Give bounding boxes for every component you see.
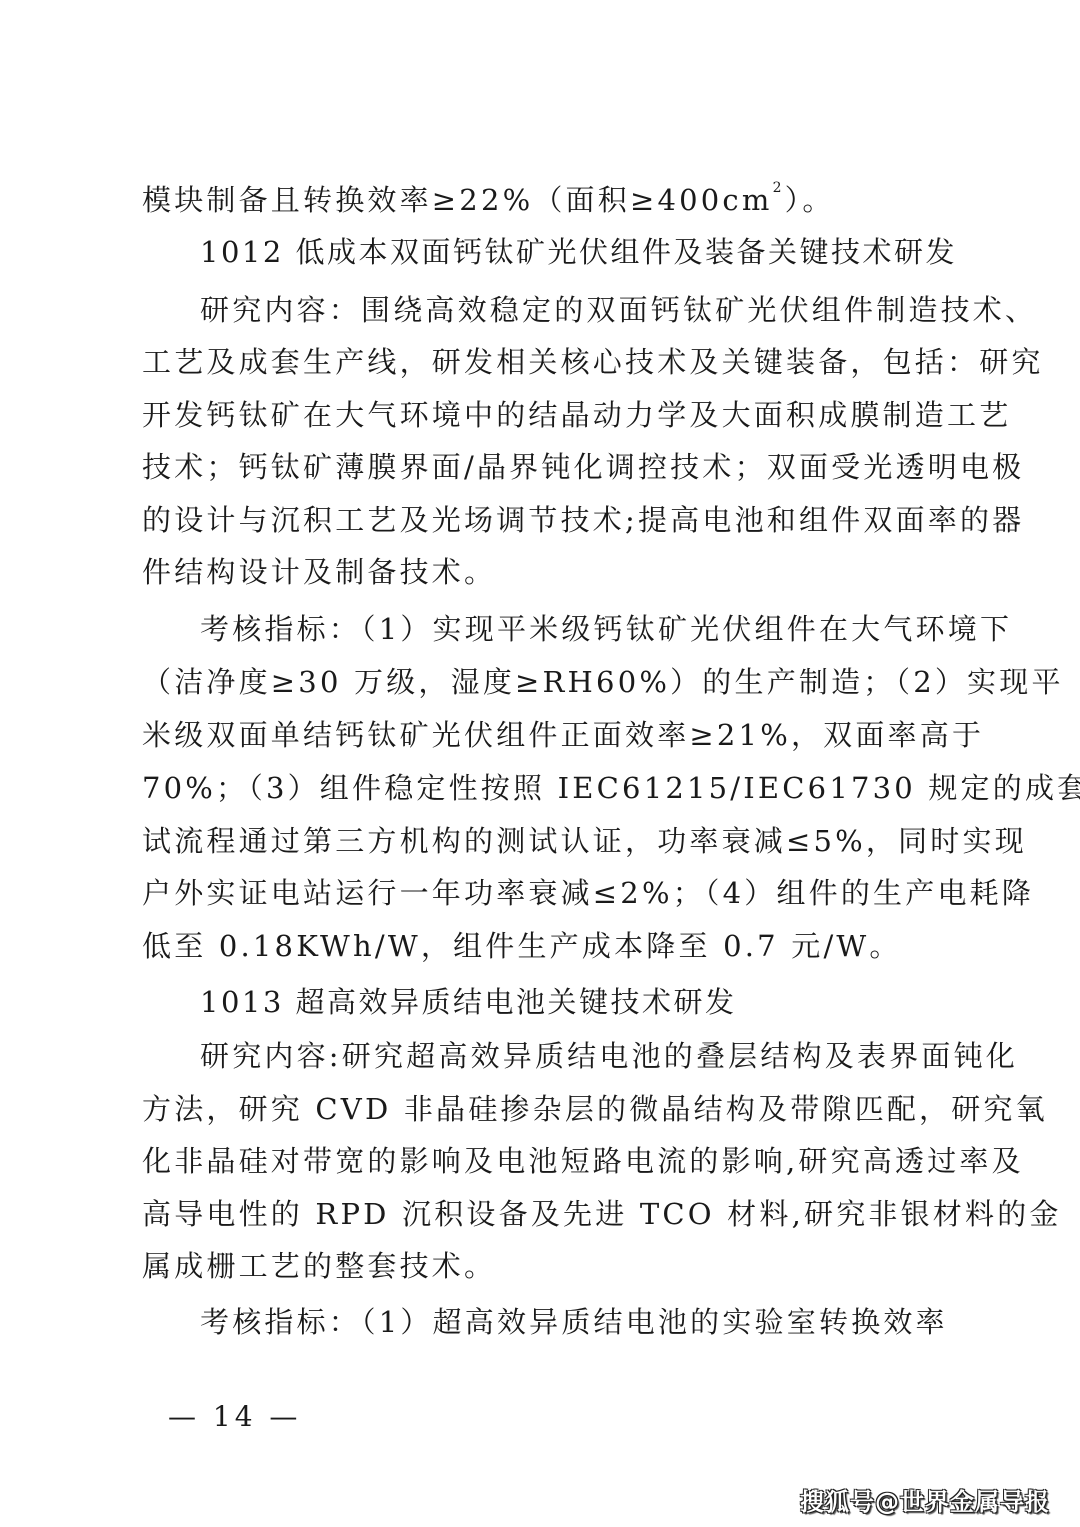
section-1013-content-line: 方法，研究 CVD 非晶硅掺杂层的微晶结构及带隙匹配，研究氧 [142, 1089, 942, 1129]
section-1012-content-line: 工艺及成套生产线，研发相关核心技术及关键装备，包括：研究 [142, 342, 942, 382]
section-1013-heading: 1013 超高效异质结电池关键技术研发 [200, 982, 737, 1022]
section-1012-indicator-line: 考核指标：（1）实现平米级钙钛矿光伏组件在大气环境下 [200, 609, 942, 649]
page-number: — 14 — [168, 1397, 301, 1437]
section-1012-content-line: 件结构设计及制备技术。 [142, 552, 942, 592]
continuation-line: 模块制备且转换效率≥22%（面积≥400cm2）。 [142, 180, 942, 220]
section-1012-content-line: 技术；钙钛矿薄膜界面/晶界钝化调控技术；双面受光透明电极 [142, 447, 942, 487]
section-1012-content-line: 研究内容：围绕高效稳定的双面钙钛矿光伏组件制造技术、 [200, 290, 942, 330]
section-1012-content-line: 的设计与沉积工艺及光场调节技术;提高电池和组件双面率的器 [142, 500, 942, 540]
section-1012-indicator-line: 低至 0.18KWh/W，组件生产成本降至 0.7 元/W。 [142, 926, 942, 966]
section-1013-content-line: 化非晶硅对带宽的影响及电池短路电流的影响,研究高透过率及 [142, 1141, 942, 1181]
section-1013-content-line: 高导电性的 RPD 沉积设备及先进 TCO 材料,研究非银材料的金 [142, 1194, 942, 1234]
section-1012-content-line: 开发钙钛矿在大气环境中的结晶动力学及大面积成膜制造工艺 [142, 395, 942, 435]
section-1012-indicator-line: 试流程通过第三方机构的测试认证，功率衰减≤5%，同时实现 [142, 821, 942, 861]
section-1012-indicator-line: （洁净度≥30 万级，湿度≥RH60%）的生产制造；（2）实现平 [142, 662, 942, 702]
section-1012-indicator-line: 户外实证电站运行一年功率衰减≤2%；（4）组件的生产电耗降 [142, 873, 942, 913]
watermark: 搜狐号@世界金属导报 [800, 1482, 1050, 1517]
section-1012-indicator-line: 米级双面单结钙钛矿光伏组件正面效率≥21%，双面率高于 [142, 715, 942, 755]
section-1013-content-line: 研究内容:研究超高效异质结电池的叠层结构及表界面钝化 [200, 1036, 942, 1076]
continuation-text: 模块制备且转换效率≥22%（面积≥400cm [142, 183, 773, 217]
section-1012-indicator-line: 70%；（3）组件稳定性按照 IEC61215/IEC61730 规定的成套测 [142, 768, 942, 808]
section-1013-content-line: 属成栅工艺的整套技术。 [142, 1246, 942, 1286]
section-1013-indicator-line: 考核指标：（1）超高效异质结电池的实验室转换效率 [200, 1302, 942, 1342]
continuation-text-end: ）。 [785, 183, 835, 217]
section-1012-heading: 1012 低成本双面钙钛矿光伏组件及装备关键技术研发 [200, 232, 957, 272]
superscript: 2 [773, 180, 785, 196]
